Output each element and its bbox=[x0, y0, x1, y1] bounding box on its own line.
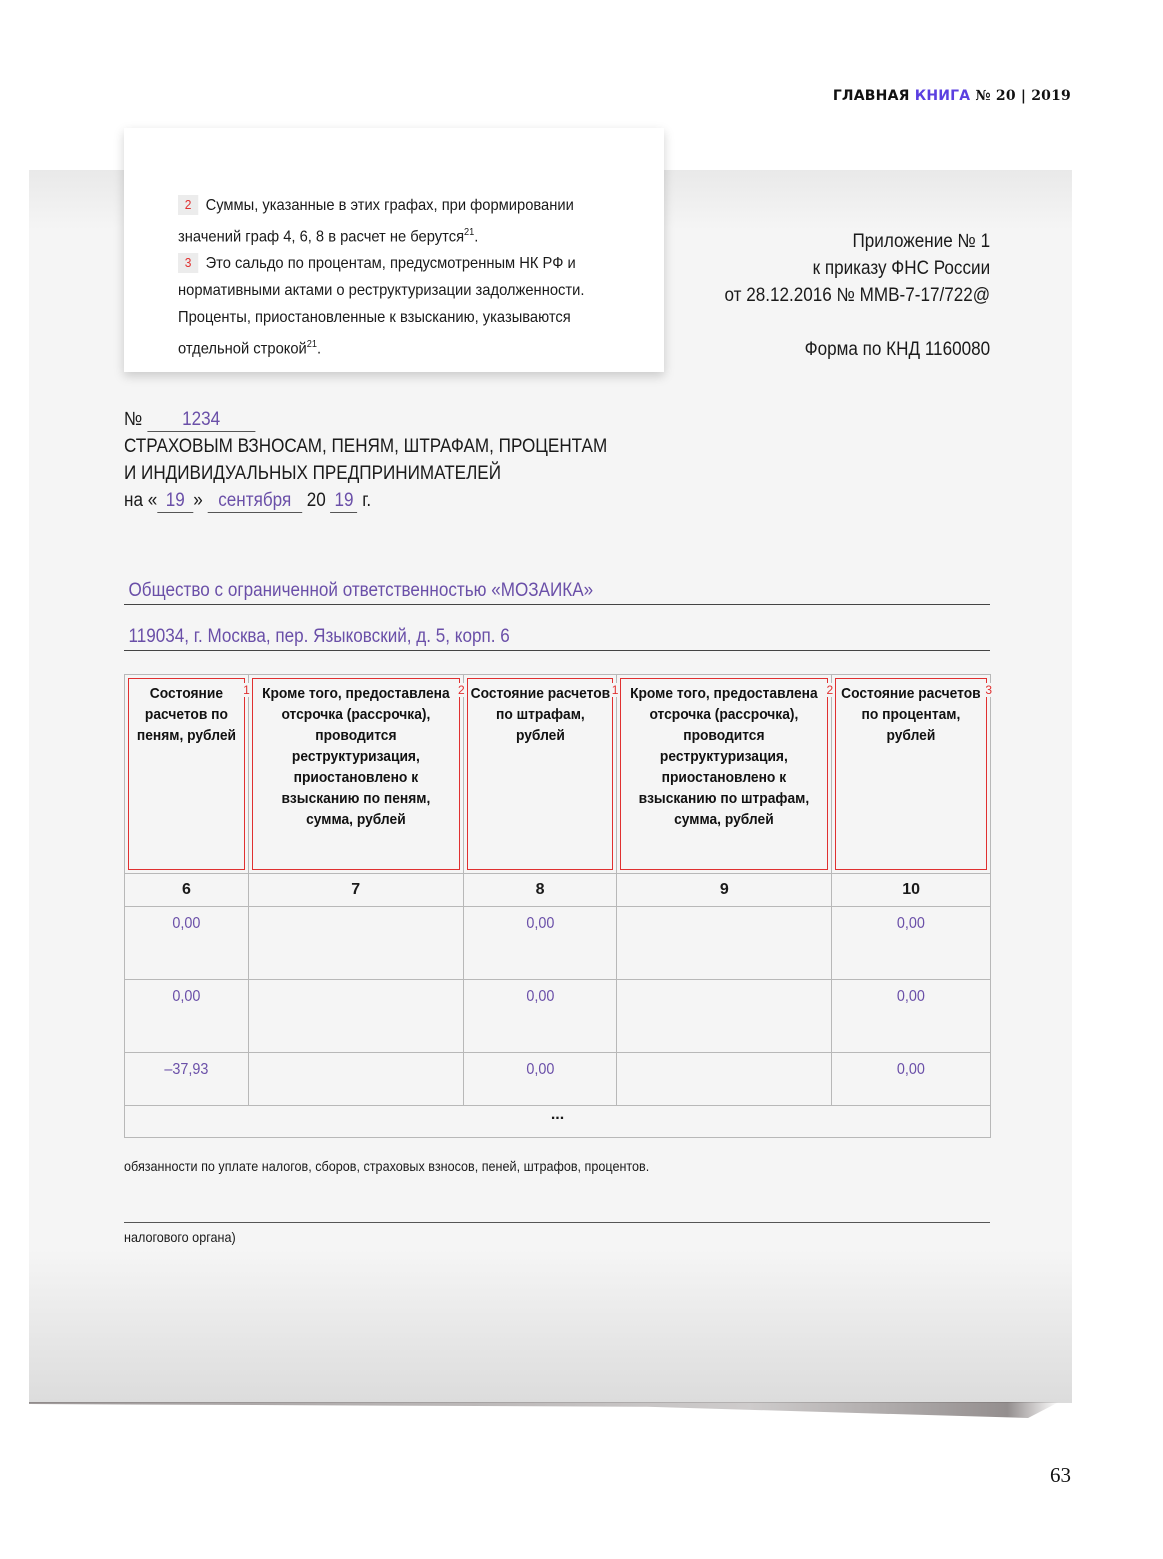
note-body: 2Суммы, указанные в этих графах, при фор… bbox=[178, 192, 610, 363]
document-number-field[interactable]: 1234 bbox=[147, 409, 255, 432]
column-number: 6 bbox=[125, 874, 249, 907]
settlement-table: 1Состояние расчетов по пеням, рублей 2Кр… bbox=[124, 674, 991, 1138]
table-cell: 0,00 bbox=[463, 1053, 617, 1106]
page-number: 63 bbox=[1050, 1463, 1071, 1488]
table-cell bbox=[248, 1053, 463, 1106]
signature-label: налогового органа) bbox=[124, 1229, 236, 1245]
title-line: И ИНДИВИДУАЛЬНЫХ ПРЕДПРИНИМАТЕЛЕЙ bbox=[124, 460, 607, 487]
column-header: 3Состояние расчетов по процентам, рублей bbox=[832, 675, 991, 874]
number-label: № bbox=[124, 409, 142, 430]
annex-line: к приказу ФНС России bbox=[724, 255, 990, 282]
footnote-ref: 21 bbox=[464, 227, 474, 238]
column-header: 1Состояние расчетов по пеням, рублей bbox=[125, 675, 249, 874]
note-marker: 3 bbox=[178, 253, 198, 273]
annex-line: Приложение № 1 bbox=[724, 228, 990, 255]
note-item: 3Это сальдо по процентам, предусмотренны… bbox=[178, 250, 610, 362]
note-marker: 2 bbox=[178, 195, 198, 215]
date-line: на «19» сентября 20 19 г. bbox=[124, 487, 607, 514]
note-item: 2Суммы, указанные в этих графах, при фор… bbox=[178, 192, 610, 250]
header-marker: 3 bbox=[984, 683, 993, 697]
column-number: 7 bbox=[248, 874, 463, 907]
document-header: № 1234 СТРАХОВЫМ ВЗНОСАМ, ПЕНЯМ, ШТРАФАМ… bbox=[124, 406, 607, 514]
table-cell: 0,00 bbox=[125, 907, 249, 980]
masthead-brand-part1: ГЛАВНАЯ bbox=[833, 88, 910, 104]
organization-address-field[interactable]: 119034, г. Москва, пер. Языковский, д. 5… bbox=[124, 624, 990, 651]
organization-name-field[interactable]: Общество с ограниченной ответственностью… bbox=[124, 578, 990, 605]
table-cell: 0,00 bbox=[832, 1053, 991, 1106]
signature-line bbox=[124, 1222, 990, 1223]
continuation-row: ... bbox=[125, 1106, 991, 1138]
table-cell: –37,93 bbox=[125, 1053, 249, 1106]
table-cell: 0,00 bbox=[463, 980, 617, 1053]
year-field[interactable]: 19 bbox=[331, 490, 358, 513]
table-cell: 0,00 bbox=[832, 980, 991, 1053]
column-number: 8 bbox=[463, 874, 617, 907]
column-number-row: 6 7 8 9 10 bbox=[125, 874, 991, 907]
month-field[interactable]: сентября bbox=[207, 490, 302, 513]
table-cell bbox=[248, 980, 463, 1053]
obligations-text: обязанности по уплате налогов, сборов, с… bbox=[124, 1158, 649, 1174]
table-cell: 0,00 bbox=[125, 980, 249, 1053]
column-number: 10 bbox=[832, 874, 991, 907]
note-text: Суммы, указанные в этих графах, при форм… bbox=[178, 197, 574, 245]
table-cell bbox=[248, 907, 463, 980]
column-number: 9 bbox=[617, 874, 832, 907]
day-field[interactable]: 19 bbox=[157, 490, 193, 513]
masthead-issue: № 20 | 2019 bbox=[975, 88, 1071, 104]
continuation-marker: ... bbox=[125, 1106, 991, 1138]
form-code: Форма по КНД 1160080 bbox=[724, 336, 990, 363]
title-line: СТРАХОВЫМ ВЗНОСАМ, ПЕНЯМ, ШТРАФАМ, ПРОЦЕ… bbox=[124, 433, 607, 460]
masthead: ГЛАВНАЯ КНИГА № 20 | 2019 bbox=[833, 88, 1071, 104]
table-row: –37,93 0,00 0,00 bbox=[125, 1053, 991, 1106]
column-header: 1Состояние расчетов по штрафам, рублей bbox=[463, 675, 617, 874]
table-cell bbox=[617, 907, 832, 980]
column-header: 2Кроме того, предоставлена отсрочка (рас… bbox=[248, 675, 463, 874]
sheet-shadow bbox=[29, 1402, 1059, 1418]
note-text: Это сальдо по процентам, предусмотренным… bbox=[178, 255, 584, 357]
column-header: 2Кроме того, предоставлена отсрочка (рас… bbox=[617, 675, 832, 874]
footnote-ref: 21 bbox=[307, 339, 317, 350]
annex-line: от 28.12.2016 № ММВ-7-17/722@ bbox=[724, 282, 990, 309]
annex-block: Приложение № 1 к приказу ФНС России от 2… bbox=[724, 228, 990, 363]
table-cell: 0,00 bbox=[463, 907, 617, 980]
annotation-note: 2Суммы, указанные в этих графах, при фор… bbox=[124, 128, 664, 372]
table-cell bbox=[617, 980, 832, 1053]
table-cell: 0,00 bbox=[832, 907, 991, 980]
table-row: 0,00 0,00 0,00 bbox=[125, 907, 991, 980]
masthead-brand-part2: КНИГА bbox=[915, 88, 971, 104]
table-header-row: 1Состояние расчетов по пеням, рублей 2Кр… bbox=[125, 675, 991, 874]
table-cell bbox=[617, 1053, 832, 1106]
table-row: 0,00 0,00 0,00 bbox=[125, 980, 991, 1053]
